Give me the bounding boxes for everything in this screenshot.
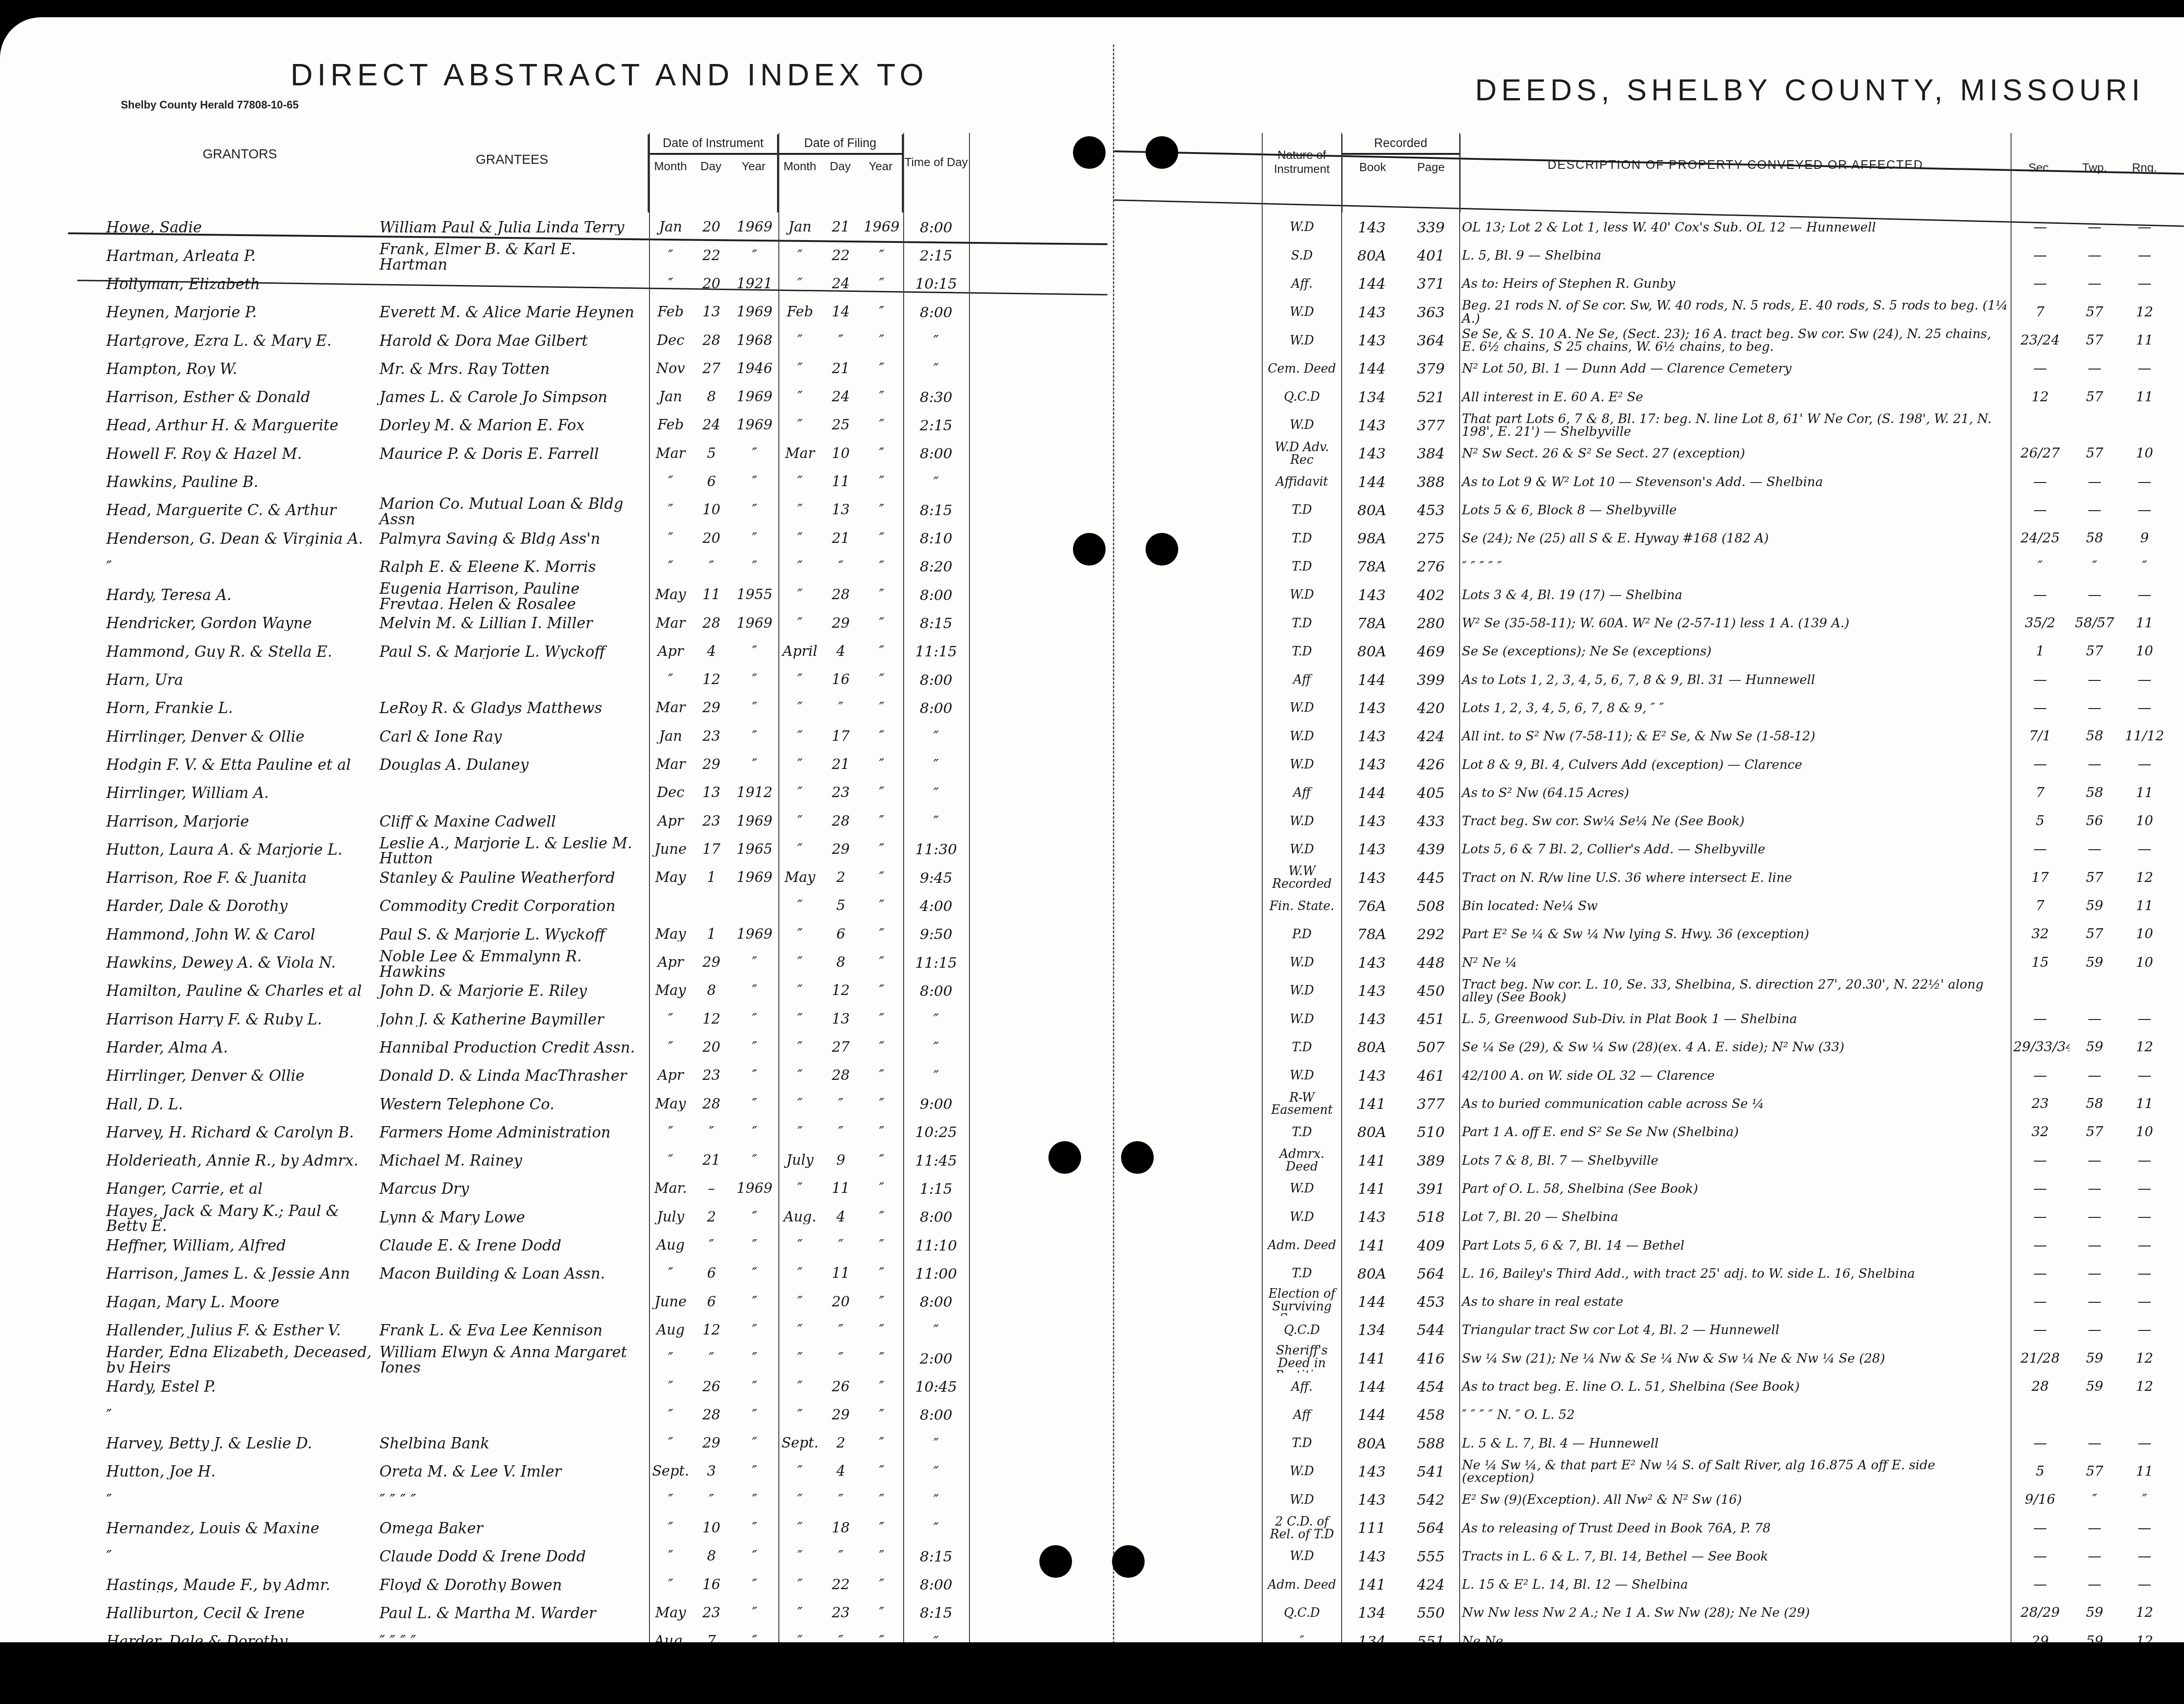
filing-year-cell: ″ xyxy=(860,1436,903,1451)
page-number-cell: 426 xyxy=(1402,757,1459,772)
property-description-cell: Se ¼ Se (29), & Sw ¼ Sw (28)(ex. 4 A. E.… xyxy=(1459,1041,2011,1054)
filing-day-cell: 2 xyxy=(821,871,860,885)
book-cell: 143 xyxy=(1341,446,1402,461)
instrument-day-cell: 11 xyxy=(692,588,731,602)
instrument-year-cell: 1965 xyxy=(731,842,778,857)
time-of-day-cell: 8:15 xyxy=(903,1549,969,1564)
twp-cell: — xyxy=(2070,1239,2120,1253)
nature-of-instrument-cell: Aff. xyxy=(1263,1381,1341,1394)
book-cell: 144 xyxy=(1341,786,1402,801)
grantor-cell: Hartman, Arleata P. xyxy=(103,248,377,264)
time-of-day-cell: 11:00 xyxy=(903,1266,969,1281)
book-cell: 143 xyxy=(1341,1069,1402,1083)
grantor-cell: Halliburton, Cecil & Irene xyxy=(103,1606,377,1621)
nature-of-instrument-cell: T.D xyxy=(1263,504,1341,517)
twp-cell: — xyxy=(2070,758,2120,772)
instrument-day-cell: 12 xyxy=(692,1323,731,1338)
ledger-row-right: Fin. State. 76A 508 Bin located: Ne¼ Sw … xyxy=(1263,892,2169,920)
ledger-row-right: W.D 143 518 Lot 7, Bl. 20 — Shelbina — —… xyxy=(1263,1203,2169,1231)
book-cell: 80A xyxy=(1341,1040,1402,1055)
instrument-month-cell: ″ xyxy=(649,503,692,517)
book-cell: 143 xyxy=(1341,1464,1402,1479)
filing-year-cell: ″ xyxy=(860,842,903,857)
instrument-month-cell: May xyxy=(649,1606,692,1620)
filing-month-cell: ″ xyxy=(778,418,821,433)
filing-year-cell: ″ xyxy=(860,1295,903,1310)
filing-day-cell: 8 xyxy=(821,955,860,970)
filing-month-cell: ″ xyxy=(778,899,821,913)
filing-year-cell: ″ xyxy=(860,1125,903,1140)
ledger-row-right: Aff. 144 371 As to: Heirs of Stephen R. … xyxy=(1263,270,2169,298)
page-number-cell: 389 xyxy=(1402,1153,1459,1168)
filing-year-cell: ″ xyxy=(860,503,903,517)
grantee-cell: Macon Building & Loan Assn. xyxy=(377,1266,649,1281)
ledger-row-left: Harrison, James L. & Jessie Ann Macon Bu… xyxy=(103,1260,969,1288)
book-cell: 78A xyxy=(1341,559,1402,574)
rng-cell: — xyxy=(2120,1210,2169,1224)
rng-cell: 12 xyxy=(2120,1352,2169,1366)
instrument-month-cell: ″ xyxy=(649,1436,692,1451)
property-description-cell: As to tract beg. E. line O. L. 51, Shelb… xyxy=(1459,1380,2011,1394)
instrument-month-cell: Jan xyxy=(649,390,692,404)
nature-of-instrument-cell: Adm. Deed xyxy=(1263,1579,1341,1591)
col-day-label: Day xyxy=(821,159,859,173)
ledger-row-left: Hayes, Jack & Mary K.; Paul & Betty E. L… xyxy=(103,1203,969,1231)
page-number-cell: 510 xyxy=(1402,1125,1459,1140)
grantee-cell: LeRoy R. & Gladys Matthews xyxy=(377,700,649,716)
nature-of-instrument-cell: W.D xyxy=(1263,221,1341,234)
instrument-day-cell: 1 xyxy=(692,927,731,942)
property-description-cell: Se (24); Ne (25) all S & E. Hyway #168 (… xyxy=(1459,532,2011,545)
property-description-cell: ″ ″ ″ ″ ″ xyxy=(1459,560,2011,573)
filing-year-cell: ″ xyxy=(860,1238,903,1253)
grantee-cell: James L. & Carole Jo Simpson xyxy=(377,389,649,405)
filing-year-cell: ″ xyxy=(860,447,903,461)
property-description-cell: That part Lots 6, 7 & 8, Bl. 17: beg. N.… xyxy=(1459,413,2011,438)
filing-month-cell: ″ xyxy=(778,955,821,970)
instrument-year-cell: ″ xyxy=(731,1069,778,1083)
page-number-cell: 454 xyxy=(1402,1379,1459,1394)
time-of-day-cell: ″ xyxy=(903,1464,969,1479)
nature-of-instrument-cell: W.D xyxy=(1263,1465,1341,1478)
filing-year-cell: ″ xyxy=(860,814,903,829)
ledger-row-right: W.D 143 426 Lot 8 & 9, Bl. 4, Culvers Ad… xyxy=(1263,751,2169,779)
property-description-cell: Lots 5, 6 & 7 Bl. 2, Collier's Add. — Sh… xyxy=(1459,843,2011,856)
property-description-cell: As to S² Nw (64.15 Acres) xyxy=(1459,787,2011,800)
instrument-year-cell: ″ xyxy=(731,1097,778,1112)
filing-year-cell: ″ xyxy=(860,1323,903,1338)
book-cell: 143 xyxy=(1341,1492,1402,1507)
filing-year-cell: ″ xyxy=(860,758,903,772)
twp-cell: — xyxy=(2070,1012,2120,1026)
time-of-day-cell: ″ xyxy=(903,1436,969,1451)
instrument-year-cell: ″ xyxy=(731,1323,778,1338)
ledger-row-left: Horn, Frankie L. LeRoy R. & Gladys Matth… xyxy=(103,694,969,722)
col-year-label: Year xyxy=(859,159,902,173)
filing-day-cell: 28 xyxy=(821,1069,860,1083)
nature-of-instrument-cell: W.D xyxy=(1263,758,1341,771)
sec-cell: — xyxy=(2011,221,2070,235)
col-month-label: Month xyxy=(649,159,692,173)
instrument-year-cell: 1969 xyxy=(731,1182,778,1196)
book-cell: 141 xyxy=(1341,1182,1402,1197)
filing-day-cell: ″ xyxy=(821,334,860,348)
book-cell: 143 xyxy=(1341,1549,1402,1564)
instrument-day-cell: 27 xyxy=(692,362,731,376)
rng-cell: — xyxy=(2120,362,2169,376)
filing-month-cell: ″ xyxy=(778,842,821,857)
nature-of-instrument-cell: Q.C.D xyxy=(1263,1607,1341,1620)
time-of-day-cell: ″ xyxy=(903,729,969,744)
instrument-day-cell: 13 xyxy=(692,305,731,320)
twp-cell: — xyxy=(2070,1267,2120,1281)
nature-of-instrument-cell: 2 C.D. of Rel. of T.D xyxy=(1263,1516,1341,1541)
time-of-day-cell: 8:00 xyxy=(903,984,969,999)
instrument-day-cell: 26 xyxy=(692,1380,731,1394)
rng-cell: — xyxy=(2120,842,2169,857)
page-number-cell: 276 xyxy=(1402,559,1459,574)
ledger-row-left: Harder, Alma A. Hannibal Production Cred… xyxy=(103,1034,969,1062)
page-title-left: DIRECT ABSTRACT AND INDEX TO xyxy=(290,57,928,93)
time-of-day-cell: 8:00 xyxy=(903,1408,969,1423)
sec-cell: 15 xyxy=(2011,956,2070,970)
filing-year-cell: ″ xyxy=(860,334,903,348)
twp-cell: 58/57 xyxy=(2070,616,2120,630)
filing-month-cell: ″ xyxy=(778,1408,821,1423)
page-number-cell: 292 xyxy=(1402,927,1459,942)
instrument-day-cell: 28 xyxy=(692,1408,731,1423)
twp-cell: — xyxy=(2070,1069,2120,1083)
grantor-cell: Hayes, Jack & Mary K.; Paul & Betty E. xyxy=(103,1203,377,1231)
instrument-year-cell: 1968 xyxy=(731,334,778,348)
filing-year-cell: ″ xyxy=(860,249,903,263)
filing-month-cell: ″ xyxy=(778,1125,821,1140)
page-number-cell: 458 xyxy=(1402,1408,1459,1423)
ledger-row-left: Hawkins, Pauline B. ″ 6 ″ ″ 11 ″ ″ xyxy=(103,468,969,496)
instrument-day-cell: 4 xyxy=(692,645,731,659)
twp-cell: — xyxy=(2070,1550,2120,1564)
grantee-cell: Dorley M. & Marion E. Fox xyxy=(377,418,649,433)
instrument-day-cell: 5 xyxy=(692,447,731,461)
instrument-month-cell: ″ xyxy=(649,1493,692,1507)
instrument-month-cell: June xyxy=(649,1295,692,1310)
grantor-cell: Harder, Dale & Dorothy xyxy=(103,898,377,914)
filing-day-cell: 12 xyxy=(821,984,860,998)
page-number-cell: 280 xyxy=(1402,616,1459,631)
punch-hole xyxy=(1039,1545,1072,1578)
property-description-cell: Nw Nw less Nw 2 A.; Ne 1 A. Sw Nw (28); … xyxy=(1459,1606,2011,1620)
twp-cell: — xyxy=(2070,588,2120,602)
ledger-row-right: S.D 80A 401 L. 5, Bl. 9 — Shelbina — — — xyxy=(1263,241,2169,270)
time-of-day-cell: 8:00 xyxy=(903,220,969,235)
instrument-year-cell: ″ xyxy=(731,249,778,263)
book-cell: 143 xyxy=(1341,814,1402,829)
filing-day-cell: 24 xyxy=(821,277,860,291)
left-table-header: GRANTORS GRANTEES Date of Instrument Mon… xyxy=(103,134,969,212)
rng-cell: 12 xyxy=(2120,305,2169,320)
instrument-year-cell: 1969 xyxy=(731,418,778,433)
col-month-label: Month xyxy=(778,159,821,173)
instrument-day-cell: 8 xyxy=(692,1549,731,1564)
time-of-day-cell: 8:00 xyxy=(903,1577,969,1592)
ledger-row-left: Harder, Edna Elizabeth, Deceased, by Hei… xyxy=(103,1344,969,1373)
ledger-row-right: Aff 144 458 ″ ″ ″ ″ N. ″ O. L. 52 xyxy=(1263,1401,2169,1429)
book-cell: 141 xyxy=(1341,1351,1402,1366)
ledger-row-right: Aff 144 405 As to S² Nw (64.15 Acres) 7 … xyxy=(1263,779,2169,807)
ledger-row-left: Hutton, Joe H. Oreta M. & Lee V. Imler S… xyxy=(103,1458,969,1486)
filing-month-cell: ″ xyxy=(778,1069,821,1083)
ledger-row-right: W.D 143 377 That part Lots 6, 7 & 8, Bl.… xyxy=(1263,411,2169,439)
col-rng-label: Rng. xyxy=(2120,161,2169,212)
twp-cell: — xyxy=(2070,1210,2120,1224)
sec-cell: — xyxy=(2011,1154,2070,1168)
ledger-row-right: T.D 80A 507 Se ¼ Se (29), & Sw ¼ Sw (28)… xyxy=(1263,1034,2169,1062)
instrument-day-cell: 10 xyxy=(692,503,731,517)
page-number-cell: 339 xyxy=(1402,220,1459,235)
book-cell: 111 xyxy=(1341,1521,1402,1536)
filing-month-cell: ″ xyxy=(778,1323,821,1338)
col-day-label: Day xyxy=(692,159,730,173)
grantor-cell: Hastings, Maude F., by Admr. xyxy=(103,1577,377,1593)
book-cell: 80A xyxy=(1341,644,1402,659)
page-number-cell: 377 xyxy=(1402,1097,1459,1112)
instrument-month-cell: ″ xyxy=(649,1549,692,1564)
sec-cell: — xyxy=(2011,1522,2070,1536)
filing-day-cell: 28 xyxy=(821,814,860,829)
col-sec-label: Sec. xyxy=(2011,161,2070,212)
filing-month-cell: ″ xyxy=(778,532,821,546)
sec-cell: — xyxy=(2011,1210,2070,1224)
grantee-cell: Noble Lee & Emmalynn R. Hawkins xyxy=(377,949,649,977)
book-cell: 143 xyxy=(1341,729,1402,744)
property-description-cell: L. 5, Bl. 9 — Shelbina xyxy=(1459,249,2011,262)
time-of-day-cell: 10:25 xyxy=(903,1125,969,1140)
instrument-month-cell: ″ xyxy=(649,560,692,574)
nature-of-instrument-cell: T.D xyxy=(1263,645,1341,658)
twp-cell: 59 xyxy=(2070,1040,2120,1054)
page-number-cell: 391 xyxy=(1402,1182,1459,1197)
instrument-year-cell: ″ xyxy=(731,1125,778,1140)
filing-day-cell: 4 xyxy=(821,1210,860,1225)
nature-of-instrument-cell: W.D xyxy=(1263,1494,1341,1507)
filing-year-cell: ″ xyxy=(860,729,903,744)
grantee-cell: Stanley & Pauline Weatherford xyxy=(377,870,649,886)
filing-year-cell: ″ xyxy=(860,1153,903,1168)
time-of-day-cell: ″ xyxy=(903,1040,969,1055)
nature-of-instrument-cell: Q.C.D xyxy=(1263,391,1341,404)
instrument-year-cell: ″ xyxy=(731,1295,778,1310)
rng-cell: 12 xyxy=(2120,1380,2169,1394)
filing-month-cell: ″ xyxy=(778,814,821,829)
time-of-day-cell: 8:15 xyxy=(903,503,969,518)
property-description-cell: Lot 7, Bl. 20 — Shelbina xyxy=(1459,1211,2011,1224)
instrument-year-cell: ″ xyxy=(731,1436,778,1451)
ledger-row-left: Harrison, Esther & Donald James L. & Car… xyxy=(103,383,969,411)
ledger-row-left: Hallender, Julius F. & Esther V. Frank L… xyxy=(103,1316,969,1344)
time-of-day-cell: 11:15 xyxy=(903,644,969,659)
punch-hole xyxy=(1121,1141,1154,1174)
instrument-month-cell: ″ xyxy=(649,249,692,263)
book-cell: 143 xyxy=(1341,955,1402,970)
sec-cell: 1 xyxy=(2011,645,2070,659)
ledger-row-right: W.D 143 433 Tract beg. Sw cor. Sw¼ Se¼ N… xyxy=(1263,807,2169,835)
grantee-cell: ″ ″ ″ ″ xyxy=(377,1492,649,1508)
property-description-cell: All interest in E. 60 A. E² Se xyxy=(1459,391,2011,404)
instrument-year-cell: ″ xyxy=(731,1549,778,1564)
ledger-row-right: T.D 80A 510 Part 1 A. off E. end S² Se S… xyxy=(1263,1118,2169,1147)
ledger-row-right: W.D 143 424 All int. to S² Nw (7-58-11);… xyxy=(1263,722,2169,750)
ledger-row-right: W.D 143 451 L. 5, Greenwood Sub-Div. in … xyxy=(1263,1005,2169,1033)
time-of-day-cell: ″ xyxy=(903,1323,969,1338)
instrument-day-cell: 29 xyxy=(692,955,731,970)
page-number-cell: 518 xyxy=(1402,1210,1459,1225)
nature-of-instrument-cell: Admrx. Deed xyxy=(1263,1148,1341,1173)
filing-month-cell: ″ xyxy=(778,475,821,489)
property-description-cell: Part E² Se ¼ & Sw ¼ Nw lying S. Hwy. 36 … xyxy=(1459,928,2011,941)
ledger-row-right: W.D 143 448 N² Ne ¼ 15 59 10 xyxy=(1263,949,2169,977)
sec-cell: 5 xyxy=(2011,814,2070,828)
grantor-cell: ″ xyxy=(103,1549,377,1564)
filing-year-cell: ″ xyxy=(860,1182,903,1196)
ledger-row-left: Hanger, Carrie, et al Marcus Dry Mar. – … xyxy=(103,1175,969,1203)
grantor-cell: Hamilton, Pauline & Charles et al xyxy=(103,983,377,999)
instrument-month-cell: ″ xyxy=(649,673,692,687)
sec-cell: — xyxy=(2011,673,2070,687)
nature-of-instrument-cell: W.D xyxy=(1263,985,1341,997)
property-description-cell: Part 1 A. off E. end S² Se Se Nw (Shelbi… xyxy=(1459,1126,2011,1139)
grantor-cell: Hodgin F. V. & Etta Pauline et al xyxy=(103,757,377,773)
twp-cell: — xyxy=(2070,842,2120,857)
nature-of-instrument-cell: W.D xyxy=(1263,730,1341,743)
sec-cell: — xyxy=(2011,1012,2070,1026)
grantor-cell: Hall, D. L. xyxy=(103,1097,377,1112)
column-rule xyxy=(969,133,970,1658)
instrument-day-cell: ″ xyxy=(692,1238,731,1253)
property-description-cell: N² Sw Sect. 26 & S² Se Sect. 27 (excepti… xyxy=(1459,447,2011,460)
grantee-cell: Hannibal Production Credit Assn. xyxy=(377,1040,649,1055)
rng-cell: 11 xyxy=(2120,1097,2169,1111)
sec-cell: 32 xyxy=(2011,927,2070,941)
book-cell: 141 xyxy=(1341,1577,1402,1592)
twp-cell: — xyxy=(2070,1522,2120,1536)
ledger-row-right: Q.C.D 134 550 Nw Nw less Nw 2 A.; Ne 1 A… xyxy=(1263,1599,2169,1627)
time-of-day-cell: 2:15 xyxy=(903,418,969,433)
page-fold xyxy=(1113,44,1114,1656)
nature-of-instrument-cell: T.D xyxy=(1263,1126,1341,1139)
book-cell: 80A xyxy=(1341,1125,1402,1140)
page-number-cell: 402 xyxy=(1402,588,1459,603)
instrument-day-cell: 8 xyxy=(692,390,731,404)
time-of-day-cell: 11:30 xyxy=(903,842,969,857)
instrument-year-cell: ″ xyxy=(731,955,778,970)
rng-cell: — xyxy=(2120,1239,2169,1253)
ledger-row-left: Hampton, Roy W. Mr. & Mrs. Ray Totten No… xyxy=(103,355,969,383)
ledger-row-right: Adm. Deed 141 409 Part Lots 5, 6 & 7, Bl… xyxy=(1263,1231,2169,1260)
filing-month-cell: ″ xyxy=(778,1464,821,1479)
twp-cell: 57 xyxy=(2070,1125,2120,1139)
filing-month-cell: ″ xyxy=(778,588,821,602)
left-rows: Howe, Sadie William Paul & Julia Linda T… xyxy=(103,213,969,1655)
sec-cell: 32 xyxy=(2011,1125,2070,1139)
filing-month-cell: ″ xyxy=(778,503,821,517)
filing-month-cell: May xyxy=(778,871,821,885)
ledger-row-left: Halliburton, Cecil & Irene Paul L. & Mar… xyxy=(103,1599,969,1627)
filing-month-cell: April xyxy=(778,645,821,659)
ledger-row-right: W.D 143 339 OL 13; Lot 2 & Lot 1, less W… xyxy=(1263,213,2169,241)
instrument-day-cell: 23 xyxy=(692,814,731,829)
instrument-month-cell: Apr xyxy=(649,645,692,659)
instrument-day-cell: 29 xyxy=(692,1436,731,1451)
property-description-cell: Sw ¼ Sw (21); Ne ¼ Nw & Se ¼ Nw & Sw ¼ N… xyxy=(1459,1352,2011,1365)
twp-cell: — xyxy=(2070,1295,2120,1309)
filing-month-cell: Mar xyxy=(778,447,821,461)
ledger-row-right: Adm. Deed 141 424 L. 15 & E² L. 14, Bl. … xyxy=(1263,1571,2169,1599)
grantor-cell: Heffner, William, Alfred xyxy=(103,1238,377,1253)
nature-of-instrument-cell: T.D xyxy=(1263,532,1341,545)
filing-day-cell: 21 xyxy=(821,532,860,546)
book-cell: 143 xyxy=(1341,1012,1402,1027)
book-cell: 143 xyxy=(1341,842,1402,857)
twp-cell: — xyxy=(2070,1154,2120,1168)
grantor-cell: Hawkins, Dewey A. & Viola N. xyxy=(103,955,377,970)
nature-of-instrument-cell: W.D xyxy=(1263,1182,1341,1195)
instrument-year-cell: ″ xyxy=(731,1351,778,1366)
filing-year-cell: ″ xyxy=(860,1380,903,1394)
sec-cell: — xyxy=(2011,1182,2070,1196)
instrument-year-cell: ″ xyxy=(731,1012,778,1027)
grantor-cell: ″ xyxy=(103,559,377,575)
book-cell: 141 xyxy=(1341,1238,1402,1253)
filing-day-cell: 29 xyxy=(821,842,860,857)
rng-cell: — xyxy=(2120,1182,2169,1196)
book-cell: 143 xyxy=(1341,333,1402,348)
twp-cell: 56 xyxy=(2070,814,2120,828)
filing-day-cell: 29 xyxy=(821,1408,860,1423)
twp-cell: ″ xyxy=(2070,560,2120,574)
filing-month-cell: Jan xyxy=(778,220,821,235)
filing-day-cell: 22 xyxy=(821,1578,860,1592)
instrument-day-cell: 1 xyxy=(692,871,731,885)
grantee-cell: Eugenia Harrison, Pauline Freytag, Helen… xyxy=(377,581,649,609)
instrument-month-cell: ″ xyxy=(649,1266,692,1281)
rng-cell: 11 xyxy=(2120,334,2169,348)
filing-month-cell: ″ xyxy=(778,1578,821,1592)
page-number-cell: 541 xyxy=(1402,1464,1459,1479)
ledger-row-right: Aff. 144 454 As to tract beg. E. line O.… xyxy=(1263,1373,2169,1401)
instrument-year-cell: 1969 xyxy=(731,814,778,829)
filing-year-cell: ″ xyxy=(860,277,903,291)
property-description-cell: Lot 8 & 9, Bl. 4, Culvers Add (exception… xyxy=(1459,758,2011,772)
instrument-month-cell: ″ xyxy=(649,277,692,291)
rng-cell: — xyxy=(2120,1267,2169,1281)
twp-cell: — xyxy=(2070,503,2120,517)
filing-day-cell: 9 xyxy=(821,1153,860,1168)
rng-cell: ″ xyxy=(2120,560,2169,574)
grantee-cell: Ralph E. & Eleene K. Morris xyxy=(377,559,649,575)
col-grantees-label: GRANTEES xyxy=(376,134,648,212)
instrument-month-cell: ″ xyxy=(649,532,692,546)
scan-top-border xyxy=(0,0,2184,17)
filing-month-cell: ″ xyxy=(778,616,821,631)
ledger-row-left: Harvey, H. Richard & Carolyn B. Farmers … xyxy=(103,1118,969,1147)
property-description-cell: As to releasing of Trust Deed in Book 76… xyxy=(1459,1522,2011,1535)
instrument-day-cell: 20 xyxy=(692,220,731,235)
ledger-row-right: W.D 143 450 Tract beg. Nw cor. L. 10, Se… xyxy=(1263,977,2169,1005)
sec-cell: — xyxy=(2011,1323,2070,1337)
nature-of-instrument-cell: T.D xyxy=(1263,1267,1341,1280)
filing-year-cell: ″ xyxy=(860,1266,903,1281)
instrument-day-cell: 16 xyxy=(692,1578,731,1592)
